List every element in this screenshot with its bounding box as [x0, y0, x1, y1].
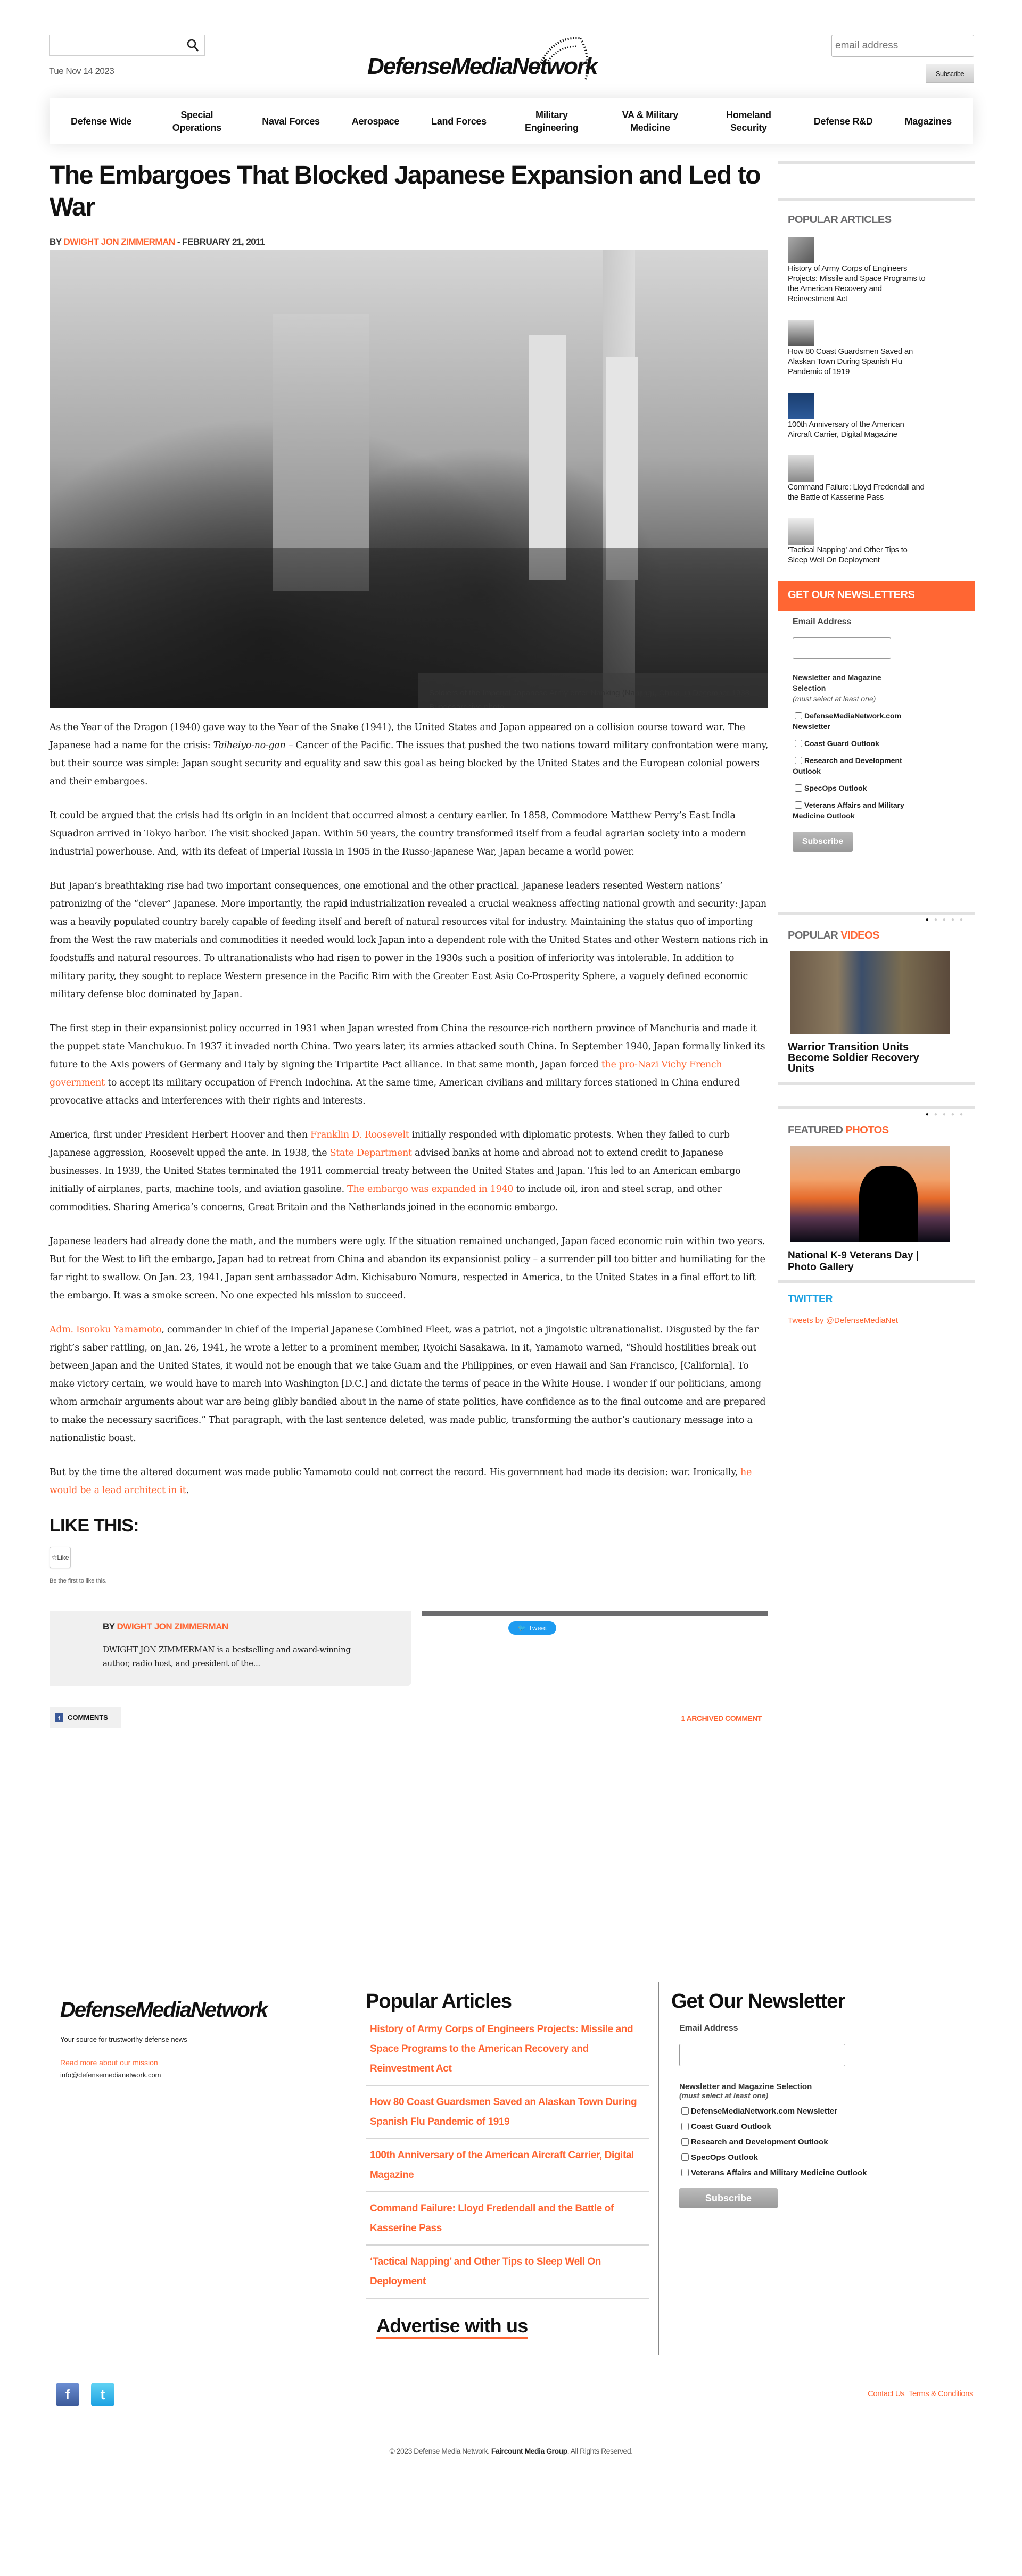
popular-article-item[interactable]: ‘Tactical Napping’ and Other Tips to Sle…: [778, 518, 975, 565]
footer-newsletter-form: Email Address Newsletter and Magazine Se…: [671, 2024, 918, 2208]
byline-by: BY: [50, 237, 61, 247]
nav-aerospace[interactable]: Aerospace: [352, 115, 399, 128]
photo-title[interactable]: National K-9 Veterans Day | Photo Galler…: [788, 1250, 947, 1273]
footer-email[interactable]: info@defensemedianetwork.com: [60, 2071, 358, 2079]
twitter-timeline-link[interactable]: Tweets by @DefenseMediaNet: [778, 1316, 975, 1325]
footer-newsletter-heading: Get Our Newsletter: [671, 1990, 918, 2013]
social-links: f t: [56, 2383, 114, 2406]
footer-popular-heading: Popular Articles: [366, 1990, 649, 2013]
footer-article-link[interactable]: How 80 Coast Guardsmen Saved an Alaskan …: [366, 2086, 649, 2139]
article-thumbnail: [788, 393, 814, 419]
nav-special-operations[interactable]: Special Operations: [163, 109, 230, 134]
search-icon[interactable]: [186, 38, 200, 53]
nav-defense-wide[interactable]: Defense Wide: [71, 115, 131, 128]
sidebar-rule: [778, 161, 975, 164]
faircount-link[interactable]: Faircount Media Group: [491, 2447, 567, 2455]
main-nav: Defense Wide Special Operations Naval Fo…: [50, 98, 973, 144]
nav-military-engineering[interactable]: Military Engineering: [518, 109, 585, 134]
checkbox[interactable]: [795, 757, 802, 764]
popular-article-item[interactable]: 100th Anniversary of the American Aircra…: [778, 393, 975, 440]
sidebar-rule: [778, 198, 975, 201]
paragraph: It could be argued that the crisis had i…: [50, 807, 768, 861]
featured-photos-heading: FEATURED PHOTOS: [778, 1124, 975, 1137]
paragraph: The first step in their expansionist pol…: [50, 1020, 768, 1110]
article-date: FEBRUARY 21, 2011: [182, 237, 265, 247]
newsletter-option[interactable]: SpecOps Outlook: [793, 783, 926, 793]
nav-defense-rd[interactable]: Defense R&D: [814, 115, 873, 128]
footer-newsletter-option[interactable]: Coast Guard Outlook: [679, 2122, 918, 2131]
site-header: Tue Nov 14 2023 DefenseMediaNetwork Subs…: [0, 0, 1022, 96]
footer-about: DefenseMediaNetwork Your source for trus…: [60, 1982, 358, 2079]
italic-term: Taiheiyo-no-gan: [213, 740, 285, 751]
sidebar-rule: [778, 1082, 975, 1085]
header-subscribe-button[interactable]: Subscribe: [926, 64, 974, 83]
author-box-link[interactable]: DWIGHT JON ZIMMERMAN: [117, 1621, 228, 1631]
mission-link[interactable]: Read more about our mission: [60, 2058, 358, 2067]
twitter-bird-icon: 🐦: [518, 1624, 526, 1633]
sidebar-rule: [778, 1280, 975, 1283]
footer-newsletter-option[interactable]: SpecOps Outlook: [679, 2153, 918, 2162]
paragraph: America, first under President Herbert H…: [50, 1126, 768, 1216]
footer-newsletter-option[interactable]: Veterans Affairs and Military Medicine O…: [679, 2168, 918, 2177]
newsletter-option[interactable]: Research and Development Outlook: [793, 755, 926, 776]
author-bio: DWIGHT JON ZIMMERMAN is a bestselling an…: [103, 1643, 358, 1670]
comments-button[interactable]: f COMMENTS: [50, 1707, 121, 1728]
facebook-icon: f: [55, 1713, 63, 1722]
photo-carousel-dots[interactable]: ●●●●●: [778, 1112, 975, 1119]
site-logo[interactable]: DefenseMediaNetwork: [367, 33, 591, 81]
popular-article-item[interactable]: Command Failure: Lloyd Fredendall and th…: [778, 455, 975, 502]
like-heading: LIKE THIS:: [50, 1515, 768, 1536]
newsletter-heading: GET OUR NEWSLETTERS: [778, 581, 975, 611]
footer-article-link[interactable]: History of Army Corps of Engineers Proje…: [366, 2013, 649, 2086]
hero-image: Soldiers of the Imperial Japanese Army e…: [50, 250, 768, 708]
paragraph: But Japan’s breathtaking rise had two im…: [50, 877, 768, 1004]
star-icon: ☆: [52, 1554, 57, 1561]
paragraph: Adm. Isoroku Yamamoto, commander in chie…: [50, 1321, 768, 1447]
newsletter-option[interactable]: DefenseMediaNetwork.com Newsletter: [793, 710, 926, 732]
share-bar: [422, 1611, 768, 1616]
paragraph: As the Year of the Dragon (1940) gave wa…: [50, 718, 768, 791]
footer-article-link[interactable]: Command Failure: Lloyd Fredendall and th…: [366, 2192, 649, 2246]
link-yamamoto[interactable]: Adm. Isoroku Yamamoto: [50, 1324, 161, 1335]
search-box[interactable]: [49, 35, 205, 56]
footer-links: Contact Us Terms & Conditions: [868, 2389, 973, 2398]
checkbox[interactable]: [795, 784, 802, 792]
article-thumbnail: [788, 320, 814, 346]
video-title[interactable]: Warrior Transition Units Become Soldier …: [788, 1042, 947, 1074]
copyright: © 2023 Defense Media Network. Faircount …: [0, 2447, 1022, 2455]
footer-selection-label: Newsletter and Magazine Selection (must …: [679, 2082, 918, 2100]
article-title: The Embargoes That Blocked Japanese Expa…: [50, 160, 768, 223]
footer-newsletter-option[interactable]: Research and Development Outlook: [679, 2138, 918, 2147]
checkbox[interactable]: [795, 712, 802, 719]
footer-email-label: Email Address: [679, 2024, 918, 2033]
archived-comments-link[interactable]: 1 ARCHIVED COMMENT: [681, 1714, 762, 1722]
contact-us-link[interactable]: Contact Us: [868, 2389, 904, 2398]
video-thumbnail[interactable]: [790, 951, 950, 1034]
footer-article-link[interactable]: ‘Tactical Napping’ and Other Tips to Sle…: [366, 2246, 649, 2299]
popular-article-item[interactable]: How 80 Coast Guardsmen Saved an Alaskan …: [778, 320, 975, 377]
checkbox[interactable]: [795, 740, 802, 747]
checkbox[interactable]: [681, 2169, 689, 2176]
article-main: The Embargoes That Blocked Japanese Expa…: [50, 154, 768, 1733]
author-box-byline: BY DWIGHT JON ZIMMERMAN: [103, 1621, 358, 1632]
checkbox[interactable]: [681, 2138, 689, 2146]
newsletter-form: Email Address Newsletter and Magazine Se…: [778, 611, 975, 858]
checkbox[interactable]: [681, 2153, 689, 2161]
article-body: As the Year of the Dragon (1940) gave wa…: [50, 718, 768, 1500]
terms-link[interactable]: Terms & Conditions: [909, 2389, 973, 2398]
author-share-row: BY DWIGHT JON ZIMMERMAN DWIGHT JON ZIMME…: [50, 1611, 768, 1691]
logo-text: DefenseMediaNetwork: [367, 53, 597, 80]
footer-email-input[interactable]: [679, 2044, 845, 2066]
newsletter-subscribe-button[interactable]: Subscribe: [793, 832, 853, 852]
footer-logo[interactable]: DefenseMediaNetwork: [60, 1998, 358, 2022]
newsletter-email-input[interactable]: [793, 637, 891, 659]
sidebar-rule: [778, 1106, 975, 1109]
checkbox[interactable]: [681, 2107, 689, 2115]
link-embargo-expanded[interactable]: The embargo was expanded in 1940: [347, 1184, 513, 1195]
site-footer: DefenseMediaNetwork Your source for trus…: [50, 1982, 973, 2365]
author-link[interactable]: DWIGHT JON ZIMMERMAN: [64, 237, 175, 247]
footer-article-link[interactable]: 100th Anniversary of the American Aircra…: [366, 2139, 649, 2192]
header-email-input[interactable]: [831, 35, 974, 57]
sidebar: POPULAR ARTICLES History of Army Corps o…: [778, 154, 975, 1325]
photo-thumbnail[interactable]: [790, 1146, 950, 1242]
author-box: BY DWIGHT JON ZIMMERMAN DWIGHT JON ZIMME…: [50, 1611, 411, 1686]
newsletter-option[interactable]: Veterans Affairs and Military Medicine O…: [793, 800, 926, 821]
email-label: Email Address: [793, 617, 960, 627]
article-byline: BY DWIGHT JON ZIMMERMAN - FEBRUARY 21, 2…: [50, 237, 768, 247]
twitter-heading: TWITTER: [778, 1294, 975, 1305]
popular-article-item[interactable]: History of Army Corps of Engineers Proje…: [778, 237, 975, 304]
twitter-icon[interactable]: t: [91, 2383, 114, 2406]
like-note: Be the first to like this.: [50, 1578, 768, 1584]
facebook-icon[interactable]: f: [56, 2383, 79, 2406]
footer-newsletter: Get Our Newsletter Email Address Newslet…: [662, 1982, 928, 2216]
sidebar-newsletter: GET OUR NEWSLETTERS Email Address Newsle…: [778, 581, 975, 858]
newsletter-option[interactable]: Coast Guard Outlook: [793, 738, 926, 749]
popular-articles-heading: POPULAR ARTICLES: [778, 214, 975, 226]
like-button[interactable]: ☆Like: [50, 1547, 71, 1568]
hero-pillar: [606, 357, 638, 580]
image-caption: Soldiers of the Imperial Japanese Army e…: [418, 673, 768, 708]
paragraph: But by the time the altered document was…: [50, 1463, 768, 1500]
hero-gate: [529, 335, 566, 580]
selection-note: (must select at least one): [793, 694, 876, 703]
checkbox[interactable]: [681, 2123, 689, 2130]
nav-land-forces[interactable]: Land Forces: [431, 115, 487, 128]
byline-separator: -: [175, 237, 183, 247]
nav-va-military-medicine[interactable]: VA & Military Medicine: [617, 109, 683, 134]
nav-magazines[interactable]: Magazines: [905, 115, 952, 128]
footer-popular: Popular Articles History of Army Corps o…: [356, 1982, 659, 2355]
search-input[interactable]: [50, 35, 183, 55]
checkbox[interactable]: [795, 801, 802, 809]
nav-homeland-security[interactable]: Homeland Security: [715, 109, 782, 134]
sidebar-rule: [778, 912, 975, 915]
advertise-link[interactable]: Advertise with us: [376, 2315, 528, 2339]
nav-naval-forces[interactable]: Naval Forces: [262, 115, 319, 128]
popular-videos-heading: POPULAR VIDEOS: [778, 930, 975, 942]
dog-silhouette: [859, 1166, 918, 1242]
footer-tagline: Your source for trustworthy defense news: [60, 2035, 358, 2043]
footer-subscribe-button[interactable]: Subscribe: [679, 2188, 778, 2208]
article-thumbnail: [788, 237, 814, 263]
video-carousel-dots[interactable]: ●●●●●: [778, 917, 975, 924]
link-roosevelt[interactable]: Franklin D. Roosevelt: [310, 1130, 409, 1140]
current-date: Tue Nov 14 2023: [49, 66, 114, 77]
footer-newsletter-option[interactable]: DefenseMediaNetwork.com Newsletter: [679, 2107, 918, 2116]
article-thumbnail: [788, 455, 814, 482]
tweet-button[interactable]: 🐦Tweet: [508, 1621, 556, 1635]
paragraph: Japanese leaders had already done the ma…: [50, 1232, 768, 1305]
comments-row: f COMMENTS 1 ARCHIVED COMMENT: [50, 1707, 768, 1733]
selection-label: Newsletter and Magazine Selection (must …: [793, 672, 915, 704]
article-thumbnail: [788, 518, 814, 545]
link-state-department[interactable]: State Department: [330, 1148, 412, 1158]
